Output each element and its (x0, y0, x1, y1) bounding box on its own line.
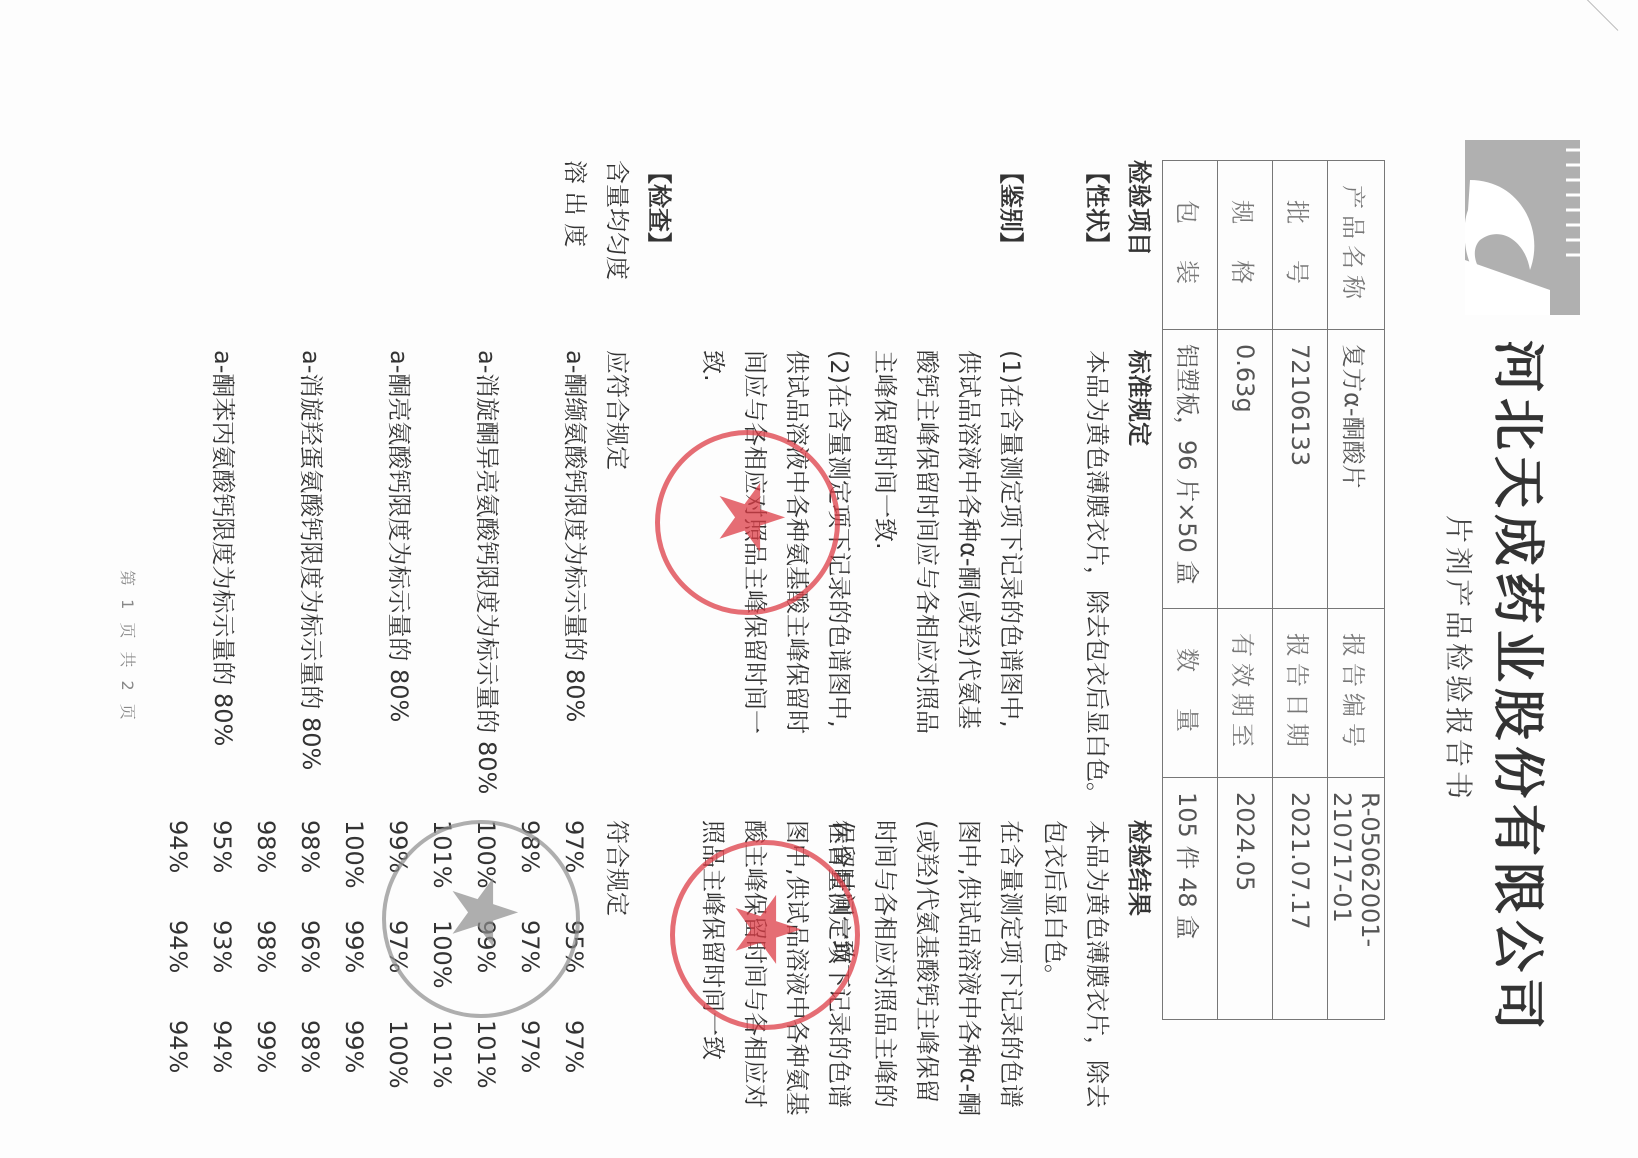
spec-value: 0.63g (1218, 330, 1273, 609)
dissolution-value: 94% (164, 920, 192, 973)
section-appearance-title: 【性状】 (1076, 160, 1118, 256)
column-header-item: 检验项目 (1118, 160, 1160, 256)
star-icon: ★ (438, 872, 528, 953)
dissolution-standard: a-消旋酮异亮氨酸钙限度为标示量的 80% (466, 350, 508, 820)
dissolution-standard: a-酮亮氨酸钙限度为标示量的 80% (378, 350, 420, 820)
column-header-standard: 标准规定 (1118, 350, 1160, 740)
batch-label: 批 号 (1273, 161, 1328, 330)
dissolution-standard: a-酮缬氨酸钙限度为标示量的 80% (554, 350, 596, 820)
report-page: 河北天成药业股份有限公司 片剂产品检验报告书 产品名称 复方α-酮酸片 报告编号… (60, 140, 1580, 1140)
dissolution-value: 99% (340, 920, 368, 973)
table-row: 产品名称 复方α-酮酸片 报告编号 R-05062001-210717-01 (1328, 161, 1385, 1020)
scanned-document: 河北天成药业股份有限公司 片剂产品检验报告书 产品名称 复方α-酮酸片 报告编号… (0, 0, 1638, 1158)
report-no-value: R-05062001-210717-01 (1328, 778, 1385, 1020)
dissolution-value: 98% (296, 1020, 324, 1073)
section-identification-title: 【鉴别】 (990, 160, 1032, 256)
dissolution-label: 溶 出 度 (554, 160, 596, 247)
dissolution-value: 98% (252, 920, 280, 973)
dissolution-value: 97% (516, 1020, 544, 1073)
batch-value: 72106133 (1273, 330, 1328, 609)
package-value: 铝塑板，96 片×50 盒 (1163, 330, 1218, 609)
report-date-label: 报告日期 (1273, 609, 1328, 778)
dissolution-standard: a-酮苯丙氨酸钙限度为标示量的 80% (202, 350, 244, 820)
expiry-value: 2024.05 (1218, 778, 1273, 1020)
dissolution-value: 94% (208, 1020, 236, 1073)
spec-label: 规 格 (1218, 161, 1273, 330)
table-row: 包 装 铝塑板，96 片×50 盒 数 量 105 件 48 盒 (1163, 161, 1218, 1020)
red-seal-stamp: ★ (670, 840, 860, 1030)
company-name: 河北天成药业股份有限公司 (1485, 340, 1560, 1036)
package-label: 包 装 (1163, 161, 1218, 330)
appearance-standard: 本品为黄色薄膜衣片，除去包衣后显白色。 (1076, 350, 1118, 830)
product-name-value: 复方α-酮酸片 (1328, 330, 1385, 609)
dissolution-value: 96% (296, 920, 324, 973)
quantity-label: 数 量 (1163, 609, 1218, 778)
report-no-label: 报告编号 (1328, 609, 1385, 778)
table-row: 批 号 72106133 报告日期 2021.07.17 (1273, 161, 1328, 1020)
gray-seal-stamp: ★ (382, 820, 580, 1018)
dissolution-value: 94% (164, 1020, 192, 1073)
dissolution-value: 99% (340, 1020, 368, 1073)
dissolution-value: 99% (252, 1020, 280, 1073)
dissolution-value: 100% (384, 1020, 412, 1089)
report-header: 河北天成药业股份有限公司 片剂产品检验报告书 (1410, 140, 1580, 1140)
uniformity-standard: 应符合规定 (596, 350, 638, 740)
product-info-table: 产品名称 复方α-酮酸片 报告编号 R-05062001-210717-01 批… (1162, 160, 1385, 1020)
section-inspection-title: 【检查】 (638, 160, 680, 256)
uniformity-label: 含量均匀度 (596, 160, 638, 280)
page-number: 第 1 页 共 2 页 (117, 570, 140, 724)
company-logo-icon (1465, 140, 1580, 315)
star-icon: ★ (705, 477, 795, 558)
dissolution-value: 98% (296, 820, 324, 873)
uniformity-result: 符合规定 (596, 820, 638, 1120)
product-name-label: 产品名称 (1328, 161, 1385, 330)
dissolution-value: 93% (208, 920, 236, 973)
scan-artifact-line (1568, 0, 1618, 31)
identification-standard-1: (1)在含量测定项下记录的色谱图中,供试品溶液中各种α-酮(或羟)代氨基酸钙主峰… (864, 350, 1032, 740)
dissolution-value: 101% (428, 1020, 456, 1089)
dissolution-value: 100% (340, 820, 368, 889)
expiry-label: 有效期至 (1218, 609, 1273, 778)
dissolution-value: 98% (252, 820, 280, 873)
column-header-result: 检验结果 (1118, 820, 1160, 1120)
table-row: 规 格 0.63g 有效期至 2024.05 (1218, 161, 1273, 1020)
dissolution-standard: a-消旋羟蛋氨酸钙限度为标示量的 80% (290, 350, 332, 820)
quantity-value: 105 件 48 盒 (1163, 778, 1218, 1020)
dissolution-value: 101% (472, 1020, 500, 1089)
report-date-value: 2021.07.17 (1273, 778, 1328, 1020)
red-seal-stamp: ★ (655, 430, 840, 615)
report-subtitle: 片剂产品检验报告书 (1440, 515, 1480, 803)
dissolution-value: 95% (208, 820, 236, 873)
dissolution-value: 94% (164, 820, 192, 873)
appearance-result: 本品为黄色薄膜衣片，除去包衣后显白色。 (1034, 820, 1118, 1120)
star-icon: ★ (721, 889, 811, 970)
dissolution-value: 97% (560, 1020, 588, 1073)
